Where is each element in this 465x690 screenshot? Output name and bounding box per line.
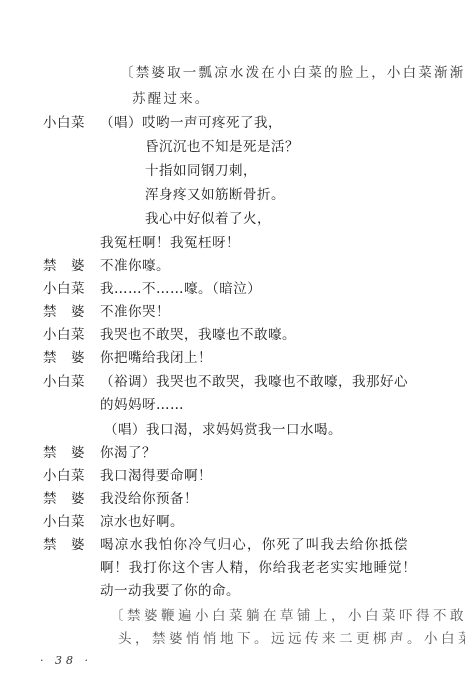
dialogue-line: 的妈妈呀…… [100, 396, 184, 414]
verse-line: 十指如同钢刀刺， [145, 162, 257, 180]
dialogue-line: 我冤枉啊！我冤枉呀！ [100, 234, 240, 252]
stage-direction-line: 苏醒过来。 [132, 90, 211, 108]
speaker-name: 禁 婆 [43, 349, 85, 367]
sung-line: （唱）我口渴，求妈妈赏我一口水喝。 [104, 421, 342, 439]
dialogue-line: （唱）哎哟一声可疼死了我， [100, 114, 282, 132]
speaker-name: 禁 婆 [43, 303, 85, 321]
dialogue-line: 动一动我要了你的命。 [100, 582, 240, 600]
dialogue-line: 不准你嚎。 [100, 257, 170, 275]
verse-line: 昏沉沉也不知是死是活？ [145, 138, 299, 156]
verse-line: 浑身疼又如筋断骨折。 [145, 186, 285, 204]
stage-direction-line: 〔禁婆取一瓢凉水泼在小白菜的脸上，小白菜渐渐 [120, 64, 465, 82]
dialogue-line: 我……不……嚎。（暗泣） [100, 280, 261, 298]
dialogue-line: 喝凉水我怕你冷气归心，你死了叫我去给你抵偿 [100, 536, 409, 554]
speaker-name: 禁 婆 [43, 490, 85, 508]
dialogue-line: 我口渴得要命啊！ [100, 467, 212, 485]
speaker-name: 小白菜 [43, 373, 85, 391]
stage-direction-line: 〔禁婆鞭遍小白菜躺在草铺上，小白菜吓得不敢抬 [110, 607, 465, 625]
dialogue-line: 不准你哭！ [100, 303, 170, 321]
speaker-name: 小白菜 [43, 513, 85, 531]
dialogue-line: 我没给你预备！ [100, 490, 198, 508]
dialogue-line: 啊！我打你这个害人精，你给我老老实实地睡觉！ [100, 559, 417, 577]
dialogue-line: 你渴了？ [100, 444, 156, 462]
speaker-name: 禁 婆 [43, 536, 85, 554]
speaker-name: 禁 婆 [43, 257, 85, 275]
book-page: 〔禁婆取一瓢凉水泼在小白菜的脸上，小白菜渐渐 苏醒过来。 小白菜 （唱）哎哟一声… [0, 0, 465, 690]
speaker-name: 禁 婆 [43, 444, 85, 462]
dialogue-line: （裕调）我哭也不敢哭，我嚎也不敢嚎，我那好心 [100, 373, 408, 391]
verse-line: 我心中好似着了火， [145, 210, 271, 228]
dialogue-line: 你把嘴给我闭上！ [100, 349, 212, 367]
stage-direction-line: 头，禁婆悄悄地下。远远传来二更梆声。小白菜 [118, 630, 465, 648]
dialogue-line: 我哭也不敢哭，我嚎也不敢嚎。 [100, 326, 296, 344]
speaker-name: 小白菜 [43, 114, 85, 132]
page-number: · 38 · [40, 654, 92, 667]
speaker-name: 小白菜 [43, 326, 85, 344]
dialogue-line: 凉水也好啊。 [100, 513, 184, 531]
speaker-name: 小白菜 [43, 280, 85, 298]
speaker-name: 小白菜 [43, 467, 85, 485]
